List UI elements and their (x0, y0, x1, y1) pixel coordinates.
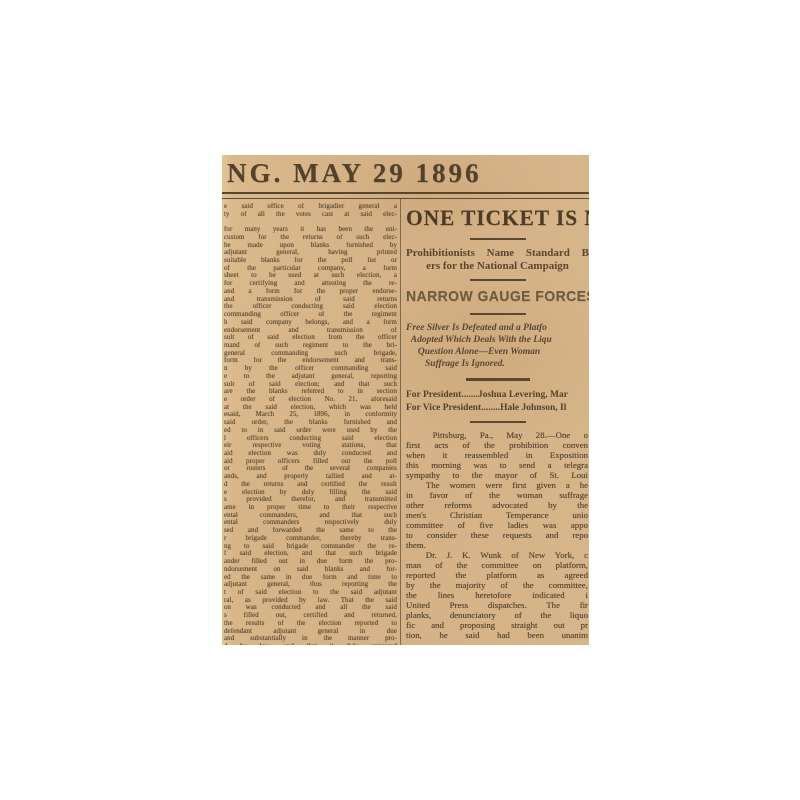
left-column-text-line: f said election, and that such brigade (224, 550, 397, 558)
article-text-line: tion, he said had been unanim (406, 630, 589, 640)
left-column-text-line: and substantially in the manner pro- (224, 635, 397, 643)
left-column-text-line: of the particular company, a form (224, 265, 397, 273)
article-text-line: men's Christian Temperance unio (406, 510, 589, 520)
left-column-text-line (224, 218, 397, 226)
article-text-line: to consider these requests and repo (406, 530, 589, 540)
left-column-text-line: aid election was duly conducted and (224, 450, 397, 458)
left-column-text-line: esaid, March 25, 1896, in conformity (224, 411, 397, 419)
left-column-text-line: and transmission of said returns (224, 296, 397, 304)
left-column-text-line: e election by duly filling the said (224, 489, 397, 497)
deck-line-1: Prohibitionists Name Standard B (406, 247, 589, 260)
italic-deck: Free Silver Is Defeated and a Platfo Ado… (406, 322, 589, 370)
article-text-line: this morning was to send a telegra (406, 460, 589, 470)
masthead: NG. MAY 29 1896 (222, 155, 589, 191)
left-column-text-line: ng to said brigade commander the re- (224, 543, 397, 551)
ticket-block: For President.......Joshua Levering, Mar… (406, 389, 589, 414)
left-column-text-line: l officers conducting said election (224, 435, 397, 443)
left-column-text-line: r brigade commander, thereby trans- (224, 535, 397, 543)
right-column: ONE TICKET IS NAM Prohibitionists Name S… (400, 199, 589, 645)
left-column-text-line: defendant adjutant general in due (224, 628, 397, 636)
left-column-text-line: and a form for the proper endorse- (224, 288, 397, 296)
newspaper-page: NG. MAY 29 1896 e said office of brigadi… (222, 155, 589, 645)
left-column-text-line: e to the adjutant general, reporting (224, 373, 397, 381)
left-column-text-line: s provided therefor, and transmitted (224, 496, 397, 504)
article-text-line: United Press dispatches. The fir (406, 600, 589, 610)
ticket-line: For President.......Joshua Levering, Mar (406, 389, 589, 402)
left-column-text-line: sult of said election from the officer (224, 334, 397, 342)
italic-deck-line: Suffrage Is Ignored. (406, 358, 589, 370)
left-column-text-line: the officer conducting said election (224, 303, 397, 311)
italic-deck-line: Question Alone—Even Woman (406, 346, 589, 358)
section-divider (470, 279, 526, 281)
section-divider (470, 421, 526, 423)
article-text-line: Pittsburg, Pa., May 28.—One o (406, 430, 589, 440)
subheadline: NARROW GAUGE FORCES AH (406, 288, 576, 306)
article-headline: ONE TICKET IS NAM (406, 205, 584, 231)
left-column-text-line: are the blanks referred to in section (224, 388, 397, 396)
left-column-text-line: suitable blanks for the poll list or (224, 257, 397, 265)
section-divider (470, 238, 526, 240)
left-column-text-line: or rosters of the several companies (224, 465, 397, 473)
scan-background: { "masthead": { "date_fragment": "NG. MA… (0, 0, 800, 800)
article-body: Pittsburg, Pa., May 28.—One ofirst acts … (406, 430, 589, 640)
italic-deck-line: Adopted Which Deals With the Liqu (406, 334, 589, 346)
left-column-text-line: on was conducted and all the said (224, 604, 397, 612)
left-column-text-line: ty of all the votes cast at said elec- (224, 211, 397, 219)
article-text-line: man of the committee on platform, (406, 560, 589, 570)
article-text-line: The women were first given a he (406, 480, 589, 490)
left-column-text-line: eir respective voting stations, that (224, 442, 397, 450)
left-column-text-line: ental commanders, and that such (224, 512, 397, 520)
left-column-text-line: d the returns and certified the result (224, 481, 397, 489)
left-column-text-line: at the said election, which was held (224, 404, 397, 412)
left-column-text-line: ndorsement on said blanks and for- (224, 566, 397, 574)
left-column-text-line: be made upon blanks furnished by (224, 242, 397, 250)
left-column-text-line: d by law, and that it duly appeared (224, 643, 397, 645)
section-divider-thick (466, 378, 530, 381)
section-divider (470, 313, 526, 315)
article-text-line: sympathy to the mayor of St. Loui (406, 470, 589, 480)
left-column: e said office of brigadier general aty o… (222, 199, 400, 645)
left-column-text-line: for certifying and attesting the re- (224, 280, 397, 288)
columns: e said office of brigadier general aty o… (222, 199, 589, 645)
left-column-text-line: e order of election No. 21, aforesaid (224, 396, 397, 404)
left-column-text-line: ame in proper time to their respective (224, 504, 397, 512)
article-text-line: reported the platform as agreed (406, 570, 589, 580)
article-text-line: Dr. J. K. Wunk of New York, c (406, 550, 589, 560)
left-column-text-line: sed and forwarded the same to the (224, 527, 397, 535)
article-text-line: when it reassembled in Exposition (406, 450, 589, 460)
article-text-line: other reforms advocated by the (406, 500, 589, 510)
left-column-text-line: adjutant general, thus reporting the (224, 581, 397, 589)
left-column-text-line: for many years it has been the uni- (224, 226, 397, 234)
article-text-line: committee of five ladies was appo (406, 520, 589, 530)
article-text-line: fic and proposing straight out pr (406, 620, 589, 630)
masthead-divider (222, 192, 589, 199)
left-column-text-line: the results of the election reported to (224, 620, 397, 628)
article-text-line: by the majority of the committee, (406, 580, 589, 590)
deck-line-2: ers for the National Campaign (406, 260, 589, 273)
article-text-line: in favor of the woman suffrage (406, 490, 589, 500)
ticket-line: For Vice President........Hale Johnson, … (406, 402, 589, 415)
left-column-text-line: ental commanders respectively duly (224, 519, 397, 527)
left-column-text-line: form for the endorsement and trans- (224, 357, 397, 365)
left-column-text-line: h said company belongs, and a form (224, 319, 397, 327)
left-column-text-line: ral, as provided by law. That the said (224, 597, 397, 605)
left-column-text-line: said order, the blanks furnished and (224, 419, 397, 427)
left-column-text-line: t of said election to the said adjutant (224, 589, 397, 597)
left-column-text-line: commanding officer of the regiment (224, 311, 397, 319)
left-column-text-line: sheet to be used at such election, a (224, 272, 397, 280)
left-column-text-line: ander filled out in due form the pro- (224, 558, 397, 566)
article-text-line: first acts of the prohibition conven (406, 440, 589, 450)
left-column-text-line: ed the same in due form and time to (224, 574, 397, 582)
left-column-text-line: e said office of brigadier general a (224, 203, 397, 211)
left-column-text-line: n by the officer commanding said (224, 365, 397, 373)
left-column-text-line: ands, and properly tallied and at- (224, 473, 397, 481)
masthead-date: NG. MAY 29 1896 (227, 158, 589, 189)
italic-deck-line: Free Silver Is Defeated and a Platfo (406, 322, 589, 334)
left-column-text-line: s filled out, certified and returned, (224, 612, 397, 620)
article-text-line: the lines heretofore indicated i (406, 590, 589, 600)
left-column-text-line: aid proper officers filled out the poll (224, 458, 397, 466)
left-column-text-line: general commanding such brigade, (224, 350, 397, 358)
article-text-line: them. (406, 540, 589, 550)
left-column-text-line: mand of such regiment to the bri- (224, 342, 397, 350)
left-column-text-line: endorsement and transmission of (224, 327, 397, 335)
left-column-text-line: adjutant general, having printed (224, 249, 397, 257)
left-column-text-line: sult of said election; and that such (224, 381, 397, 389)
left-column-text-line: custom for the returns of such elec- (224, 234, 397, 242)
article-text-line: planks, denunciatory of the liquo (406, 610, 589, 620)
left-column-text-line: ed to in said order were used by the (224, 427, 397, 435)
